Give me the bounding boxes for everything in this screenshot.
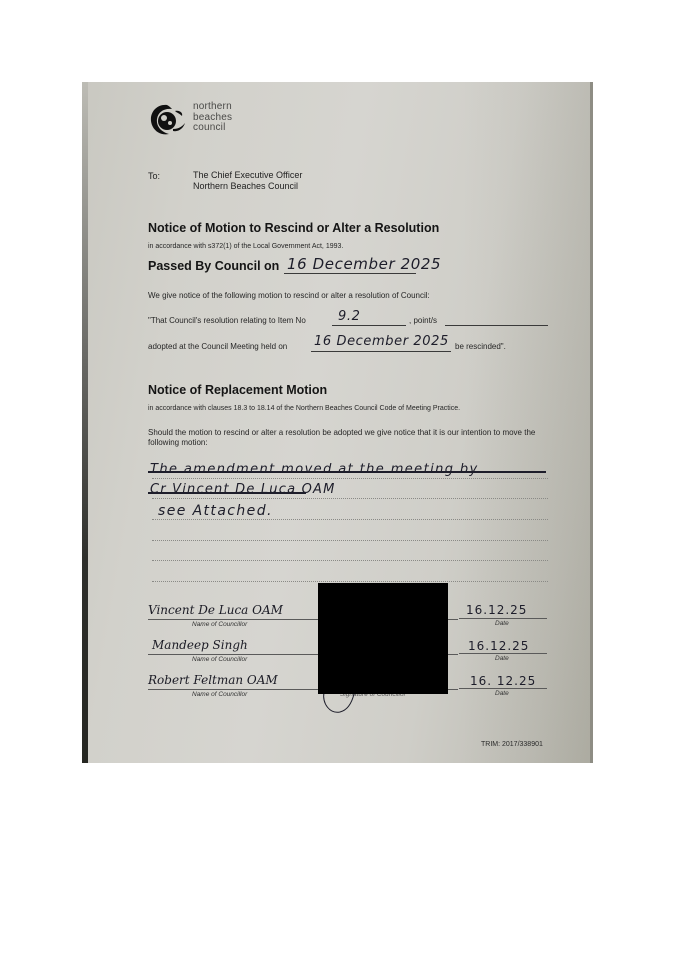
motion-line-3-rule	[152, 519, 548, 520]
replacement-intro: Should the motion to rescind or alter a …	[148, 428, 548, 448]
replacement-heading: Notice of Replacement Motion	[148, 383, 327, 397]
replacement-subheading: in accordance with clauses 18.3 to 18.14…	[148, 405, 460, 412]
name-line-2	[148, 654, 308, 655]
name-line-3	[148, 689, 308, 690]
name-label-1: Name of Councillor	[192, 621, 247, 628]
signature-redaction-box	[318, 583, 448, 694]
date-line-2	[459, 653, 547, 654]
logo-line-council: council	[193, 123, 232, 134]
motion-line-2-rule	[152, 498, 548, 499]
points-label: , point/s	[409, 316, 437, 325]
to-label: To:	[148, 171, 160, 181]
meeting-date-line	[311, 351, 451, 352]
item-no-line	[332, 325, 406, 326]
passed-label: Passed By Council on	[148, 259, 279, 273]
councillor-name-3[interactable]: Robert Feltman OAM	[148, 673, 278, 687]
name-line-1	[148, 619, 308, 620]
date-line-3	[459, 688, 547, 689]
item-no-field[interactable]: 9.2	[338, 309, 360, 324]
date-line-1	[459, 618, 547, 619]
date-3[interactable]: 16. 12.25	[470, 674, 536, 688]
addressee: The Chief Executive Officer Northern Bea…	[193, 170, 302, 192]
name-label-2: Name of Councillor	[192, 656, 247, 663]
motion-line-3[interactable]: see Attached.	[158, 503, 273, 519]
date-label-2: Date	[495, 655, 509, 662]
item-prefix: "That Council's resolution relating to I…	[148, 316, 306, 325]
councillor-name-1[interactable]: Vincent De Luca OAM	[148, 603, 283, 617]
trim-reference: TRIM: 2017/338901	[481, 741, 543, 748]
motion-line-2[interactable]: Cr Vincent De Luca OAM	[150, 482, 336, 497]
motion-line-1[interactable]: The amendment moved at the meeting by	[150, 462, 479, 477]
motion-line-1-rule	[152, 478, 548, 479]
northern-beaches-logo-icon	[147, 101, 187, 139]
notice-text: We give notice of the following motion t…	[148, 291, 430, 300]
meeting-prefix: adopted at the Council Meeting held on	[148, 342, 287, 351]
date-1[interactable]: 16.12.25	[466, 603, 527, 617]
rescind-heading: Notice of Motion to Rescind or Alter a R…	[148, 221, 439, 235]
motion-line-4-rule	[152, 540, 548, 541]
date-label-3: Date	[495, 690, 509, 697]
addressee-line-2: Northern Beaches Council	[193, 181, 302, 192]
passed-date-field[interactable]: 16 December 2025	[287, 255, 441, 273]
meeting-date-field[interactable]: 16 December 2025	[314, 334, 449, 349]
motion-line-5-rule	[152, 560, 548, 561]
strikethrough-line-1	[148, 471, 546, 473]
rescind-subheading: in accordance with s372(1) of the Local …	[148, 243, 343, 250]
councillor-name-2[interactable]: Mandeep Singh	[152, 638, 248, 652]
strikethrough-line-2	[148, 492, 306, 494]
addressee-line-1: The Chief Executive Officer	[193, 170, 302, 181]
date-label-1: Date	[495, 620, 509, 627]
logo-line-northern: northern	[193, 102, 232, 113]
points-line	[445, 325, 548, 326]
logo-text: northern beaches council	[193, 102, 232, 134]
meeting-suffix: be rescinded".	[455, 342, 506, 351]
motion-line-6-rule	[152, 581, 548, 582]
date-2[interactable]: 16.12.25	[468, 639, 529, 653]
paper-shadow	[462, 82, 593, 763]
name-label-3: Name of Councillor	[192, 691, 247, 698]
passed-date-line	[284, 273, 416, 274]
